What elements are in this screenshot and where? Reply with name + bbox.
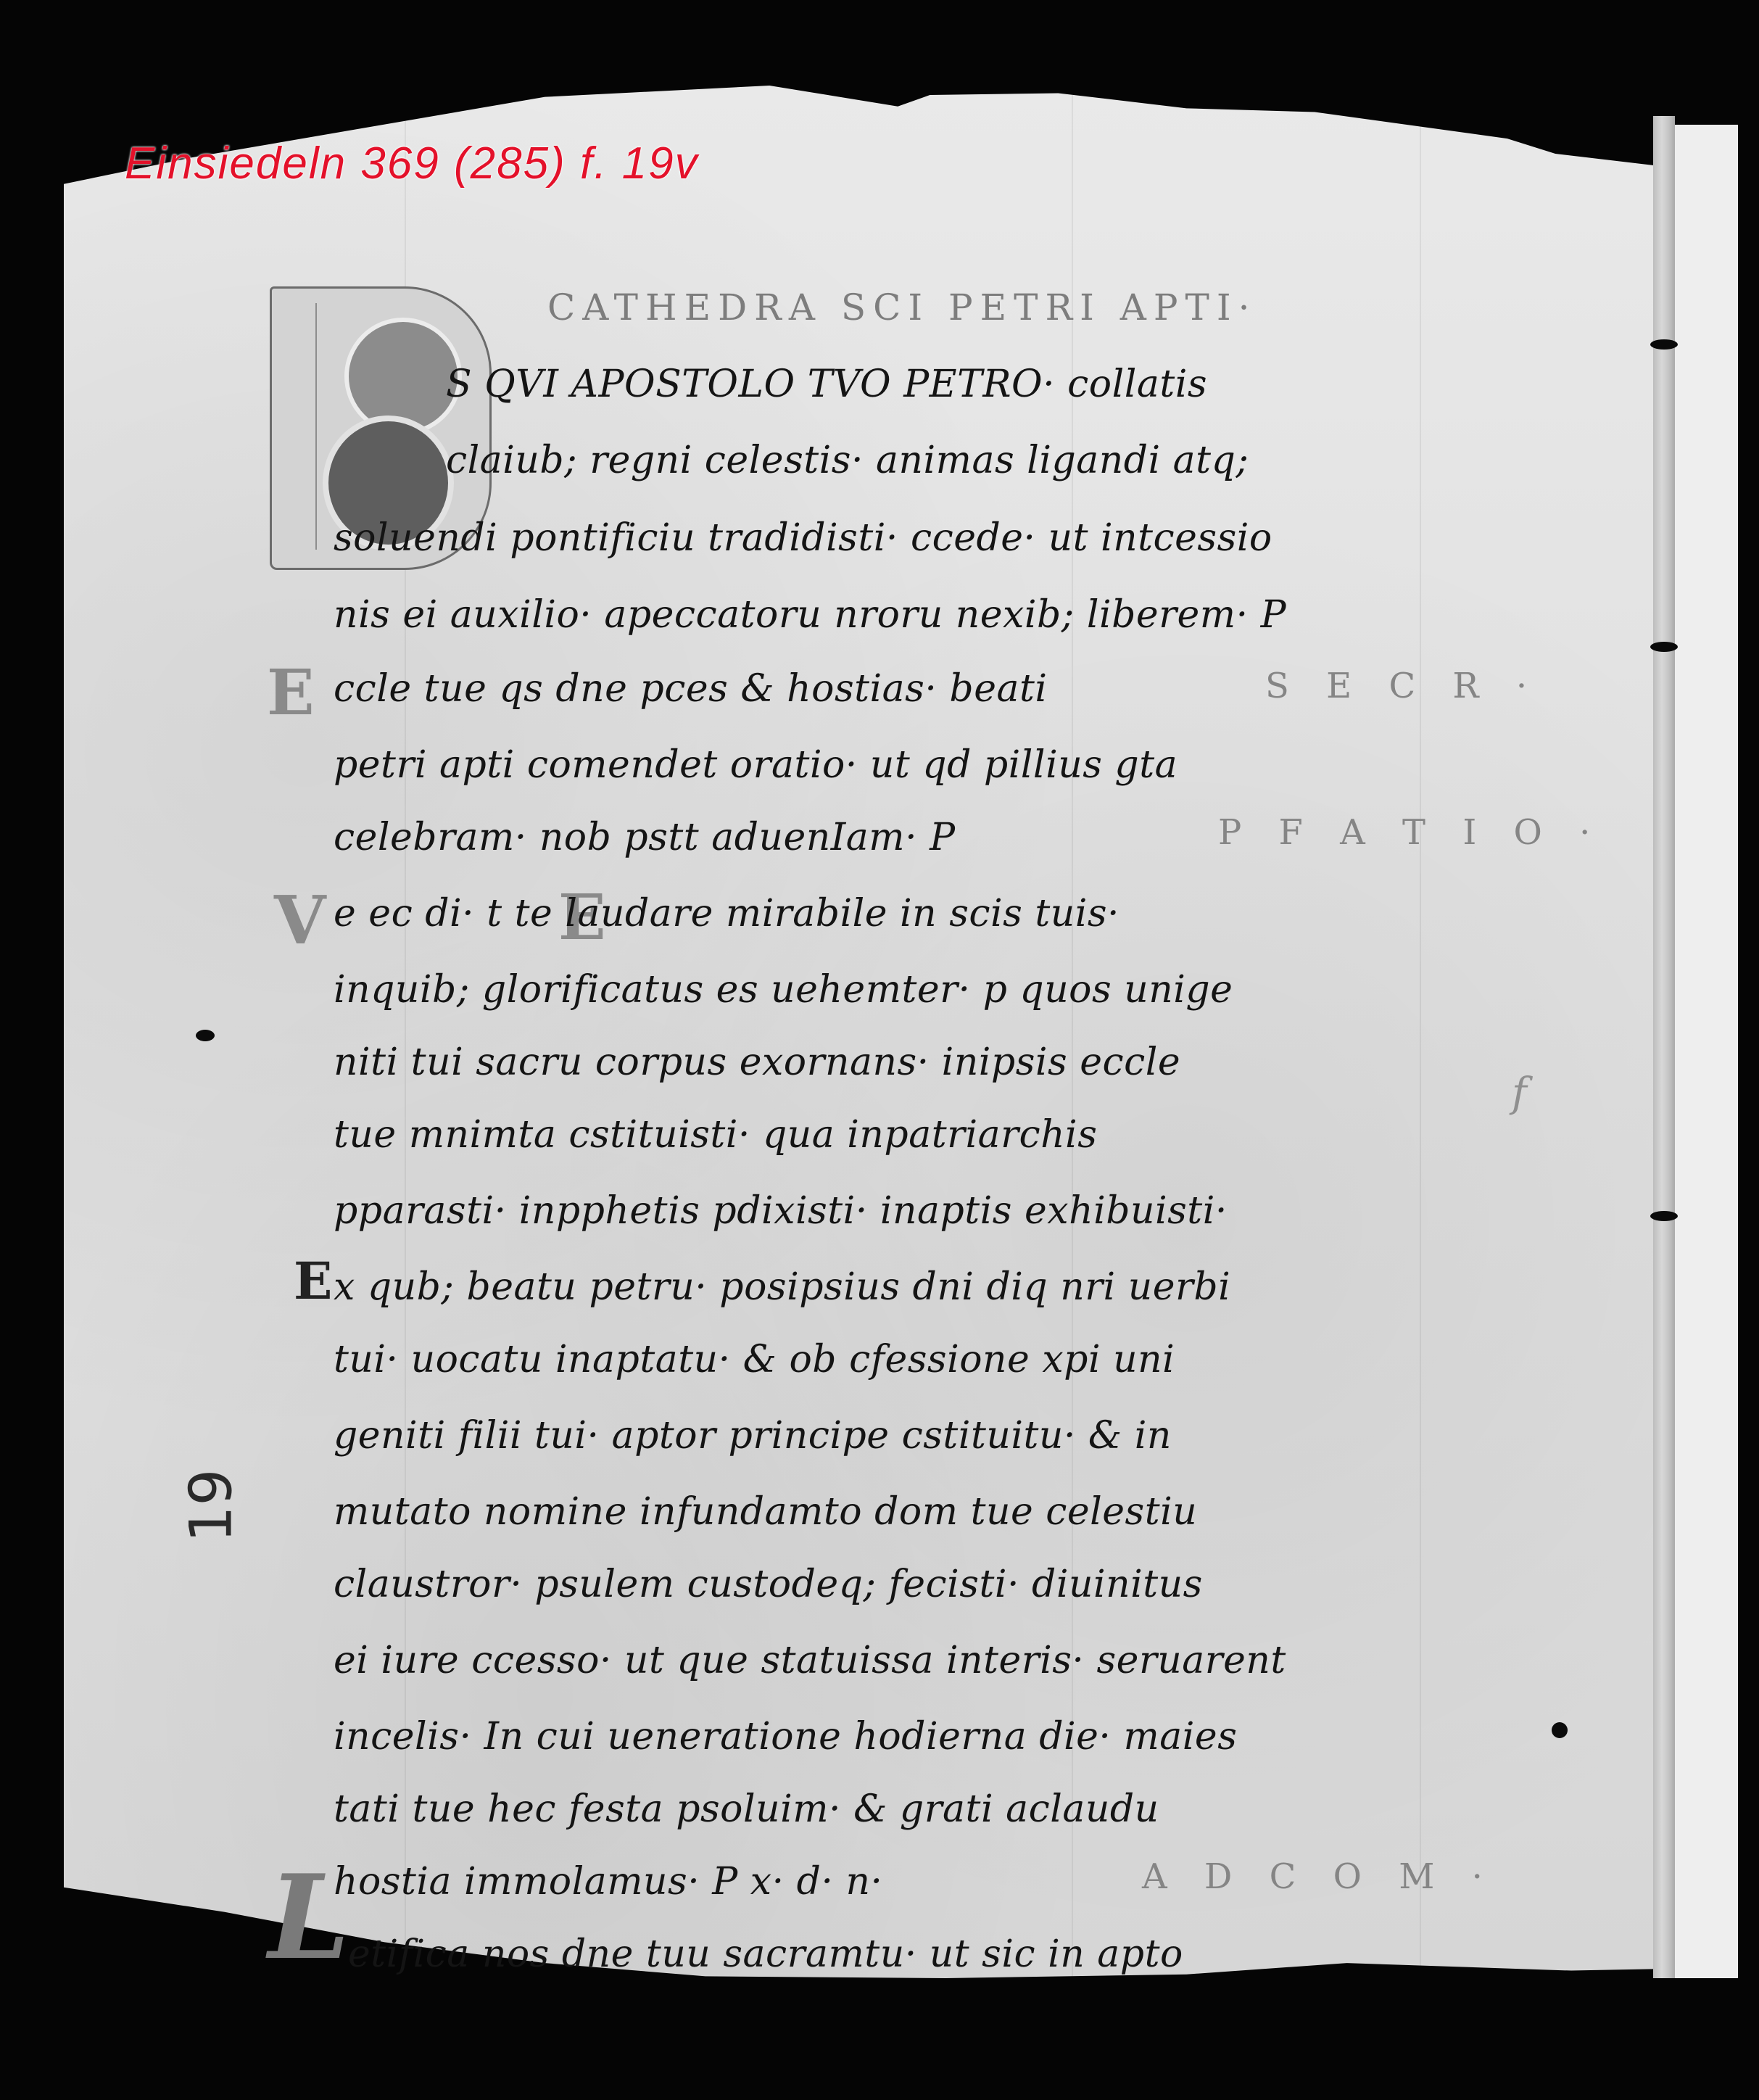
text-line-3: soluendi pontificiu tradidisti· ccede· u…	[334, 516, 1272, 560]
text-line-2: claiub; regni celestis· animas ligandi a…	[446, 439, 1249, 482]
sewing-hole	[1650, 1211, 1678, 1221]
initial-v: V	[274, 881, 326, 959]
rubric-praefatio: P F A T I O ·	[1218, 812, 1603, 853]
text-line-20: tati tue hec festa psoluim· & grati acla…	[334, 1787, 1159, 1831]
right-margin-mark: f	[1512, 1070, 1527, 1117]
rubric-secreta: S E C R ·	[1265, 666, 1540, 706]
initial-l: L	[268, 1849, 350, 1985]
text-line-7: celebram· nob pstt aduenIam· P	[334, 816, 956, 859]
sewing-hole	[1650, 642, 1678, 652]
initial-stem	[286, 303, 317, 550]
text-line-21: hostia immolamus· P x· d· n·	[334, 1860, 883, 1903]
text-line-1: S QVI APOSTOLO TVO PETRO· collatis	[446, 363, 1207, 406]
text-line-15: geniti filii tui· aptor principe cstitui…	[334, 1414, 1172, 1458]
adjacent-leaf-edge	[1671, 125, 1738, 1978]
initial-e: E	[267, 656, 315, 729]
rubric-ad-communionem: A D C O M ·	[1142, 1856, 1496, 1897]
text-line-16: mutato nomine infundamto dom tue celesti…	[334, 1490, 1197, 1534]
text-line-17: claustror· psulem custodeq; fecisti· diu…	[334, 1563, 1203, 1606]
text-line-4: nis ei auxilio· apeccatoru nroru nexib; …	[334, 593, 1286, 637]
parchment-hole	[196, 1030, 215, 1041]
text-line-9: inquib; glorificatus es uehemter· p quos…	[334, 968, 1233, 1012]
text-line-18: ei iure ccesso· ut que statuissa interis…	[334, 1639, 1286, 1682]
text-line-14: tui· uocatu inaptatu· & ob cfessione xpi…	[334, 1338, 1175, 1381]
binding-gutter	[1653, 116, 1675, 1978]
text-line-6: petri apti comendet oratio· ut qd pilliu…	[334, 743, 1178, 787]
text-line-19: incelis· In cui ueneratione hodierna die…	[334, 1715, 1237, 1758]
text-line-13: x qub; beatu petru· posipsius dni diq nr…	[334, 1265, 1230, 1309]
text-line-8: e ec di· t te laudare mirabile in scis t…	[334, 892, 1119, 935]
rubric-heading: CATHEDRA SCI PETRI APTI·	[547, 286, 1257, 328]
text-line-22: etifica nos dne tuu sacramtu· ut sic in …	[348, 1932, 1183, 1976]
shelfmark-label: Einsiedeln 369 (285) f. 19v	[125, 138, 699, 189]
text-line-5: ccle tue qs dne pces & hostias· beati	[334, 667, 1048, 711]
pencil-folio-note: 19	[177, 1469, 244, 1543]
sewing-hole	[1650, 339, 1678, 350]
text-line-12: pparasti· inpphetis pdixisti· inaptis ex…	[334, 1189, 1228, 1233]
text-line-10: niti tui sacru corpus exornans· inipsis …	[334, 1041, 1180, 1084]
fold-crease	[1420, 86, 1421, 1978]
text-line-11: tue mnimta cstituisti· qua inpatriarchis	[334, 1113, 1097, 1157]
initial-ex: E	[294, 1251, 332, 1311]
ink-spot	[1552, 1722, 1568, 1738]
